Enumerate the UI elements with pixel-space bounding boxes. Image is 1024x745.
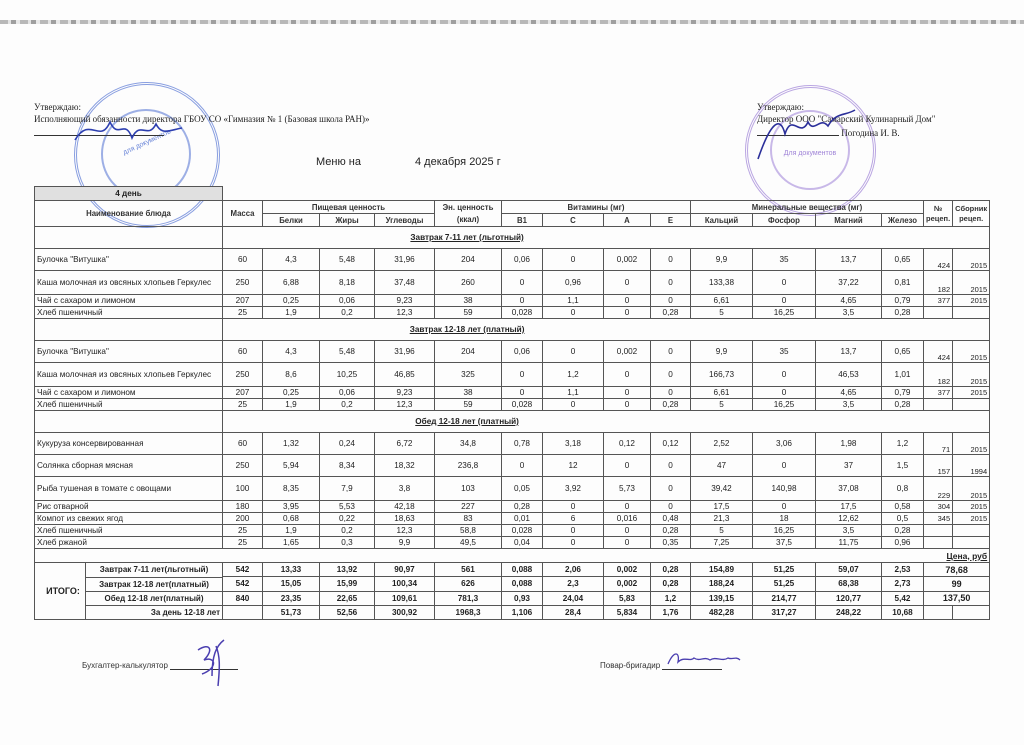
chef-label: Повар-бригадир (600, 661, 660, 670)
cell-carbs: 42,18 (375, 501, 435, 513)
menu-date: 4 декабря 2025 г (415, 156, 501, 168)
total-carbs: 109,61 (375, 591, 435, 605)
cell-protein: 8,6 (263, 363, 320, 387)
cell-protein: 1,65 (263, 537, 320, 549)
cell-recipe-book (953, 537, 990, 549)
cell-ca: 133,38 (691, 271, 753, 295)
total-b1: 0,088 (502, 577, 543, 591)
cell-recipe-book: 2015 (953, 249, 990, 271)
cell-kcal: 204 (435, 341, 502, 363)
table-row: Хлеб ржаной251,650,39,949,50,04000,357,2… (35, 537, 990, 549)
header-name: Наименование блюда (35, 201, 223, 227)
cell-protein: 1,9 (263, 525, 320, 537)
section-title: Завтрак 12-18 лет (платный) (223, 319, 990, 341)
cell-recipe-book (953, 525, 990, 537)
cell-recipe-no: 71 (924, 433, 953, 455)
cell-fat: 7,9 (320, 477, 375, 501)
dish-name: Кукуруза консервированная (35, 433, 223, 455)
header-magnesium: Магний (816, 214, 882, 227)
cell-protein: 4,3 (263, 249, 320, 271)
total-price: 137,50 (924, 591, 990, 605)
cell-carbs: 9,9 (375, 537, 435, 549)
cell-carbs: 31,96 (375, 341, 435, 363)
day-total-protein: 51,73 (263, 605, 320, 619)
cell-carbs: 3,8 (375, 477, 435, 501)
table-row: Хлеб пшеничный251,90,212,3590,028000,285… (35, 307, 990, 319)
cell-mg: 12,62 (816, 513, 882, 525)
cell-a: 0,002 (604, 341, 651, 363)
cell-recipe-no: 377 (924, 387, 953, 399)
cell-ca: 17,5 (691, 501, 753, 513)
header-c: C (543, 214, 604, 227)
day-total-e: 1,76 (651, 605, 691, 619)
cell-b1: 0,28 (502, 501, 543, 513)
total-carbs: 100,34 (375, 577, 435, 591)
cell-mass: 200 (223, 513, 263, 525)
dish-name: Булочка "Витушка" (35, 249, 223, 271)
cell-p: 16,25 (753, 399, 816, 411)
cell-fe: 0,28 (882, 307, 924, 319)
cell-c: 0 (543, 537, 604, 549)
header-spacer (223, 187, 990, 201)
cell-ca: 5 (691, 525, 753, 537)
table-row: Булочка "Витушка"604,35,4831,962040,0600… (35, 341, 990, 363)
total-ca: 154,89 (691, 563, 753, 577)
cell-kcal: 260 (435, 271, 502, 295)
total-price: 78,68 (924, 563, 990, 577)
total-mass: 542 (223, 563, 263, 577)
total-name-text: Обед 12-18 лет(платный) (86, 591, 223, 605)
cell-fe: 1,01 (882, 363, 924, 387)
dish-name: Чай с сахаром и лимоном (35, 295, 223, 307)
cell-mass: 60 (223, 341, 263, 363)
cell-e: 0 (651, 295, 691, 307)
cell-mass: 60 (223, 433, 263, 455)
cell-a: 0 (604, 525, 651, 537)
cell-e: 0,28 (651, 525, 691, 537)
total-fe: 2,53 (882, 563, 924, 577)
cell-b1: 0,06 (502, 341, 543, 363)
total-kcal: 626 (435, 577, 502, 591)
cell-b1: 0,01 (502, 513, 543, 525)
cell-a: 0 (604, 295, 651, 307)
day-total-empty (953, 605, 990, 619)
table-row: Чай с сахаром и лимоном2070,250,069,2338… (35, 387, 990, 399)
header-phosphorus: Фосфор (753, 214, 816, 227)
cell-kcal: 59 (435, 399, 502, 411)
cell-kcal: 325 (435, 363, 502, 387)
cell-recipe-book: 2015 (953, 363, 990, 387)
total-a: 0,002 (604, 563, 651, 577)
cell-carbs: 31,96 (375, 249, 435, 271)
cell-recipe-book: 2015 (953, 513, 990, 525)
total-price: 99 (924, 577, 990, 591)
cell-carbs: 6,72 (375, 433, 435, 455)
header-iron: Железо (882, 214, 924, 227)
scan-artifact-line (0, 20, 1024, 24)
cell-recipe-no: 182 (924, 363, 953, 387)
total-mg: 68,38 (816, 577, 882, 591)
cell-p: 0 (753, 501, 816, 513)
cell-e: 0 (651, 249, 691, 271)
cell-ca: 6,61 (691, 295, 753, 307)
cell-b1: 0,06 (502, 249, 543, 271)
cell-recipe-no (924, 307, 953, 319)
day-total-a: 5,834 (604, 605, 651, 619)
cell-mg: 37,22 (816, 271, 882, 295)
price-header: Цена, руб (924, 549, 990, 563)
day-total-ca: 482,28 (691, 605, 753, 619)
cell-mass: 250 (223, 455, 263, 477)
total-protein: 23,35 (263, 591, 320, 605)
cell-fe: 0,28 (882, 399, 924, 411)
cell-recipe-book: 2015 (953, 271, 990, 295)
header-a: A (604, 214, 651, 227)
chef-signature: Повар-бригадир (600, 661, 722, 670)
cell-b1: 0 (502, 387, 543, 399)
cell-mg: 1,98 (816, 433, 882, 455)
section-row: Завтрак 7-11 лет (льготный) (35, 227, 990, 249)
cell-mg: 11,75 (816, 537, 882, 549)
total-c: 2,3 (543, 577, 604, 591)
cell-fe: 0,79 (882, 295, 924, 307)
header-vitamins: Витамины (мг) (502, 201, 691, 214)
cell-mass: 180 (223, 501, 263, 513)
cell-fat: 0,2 (320, 307, 375, 319)
cell-kcal: 38 (435, 387, 502, 399)
header-b1: B1 (502, 214, 543, 227)
cell-p: 0 (753, 455, 816, 477)
cell-c: 0,96 (543, 271, 604, 295)
dish-name: Булочка "Витушка" (35, 341, 223, 363)
cell-recipe-no: 182 (924, 271, 953, 295)
cell-a: 0 (604, 307, 651, 319)
cell-fe: 0,58 (882, 501, 924, 513)
cell-kcal: 227 (435, 501, 502, 513)
accountant-signature: Бухгалтер-калькулятор (82, 661, 238, 670)
cell-p: 18 (753, 513, 816, 525)
table-row: Рыба тушеная в томате с овощами1008,357,… (35, 477, 990, 501)
cell-a: 0,016 (604, 513, 651, 525)
section-row: Обед 12-18 лет (платный) (35, 411, 990, 433)
cell-recipe-no: 345 (924, 513, 953, 525)
cell-e: 0,48 (651, 513, 691, 525)
header-recipe-no: № рецеп. (924, 201, 953, 227)
cell-mass: 250 (223, 271, 263, 295)
cell-kcal: 83 (435, 513, 502, 525)
dish-name: Каша молочная из овсяных хлопьев Геркуле… (35, 363, 223, 387)
section-title: Обед 12-18 лет (платный) (223, 411, 990, 433)
cell-p: 140,98 (753, 477, 816, 501)
approval-right-title: Утверждаю: (757, 101, 935, 113)
cell-fe: 0,5 (882, 513, 924, 525)
cell-mg: 37,08 (816, 477, 882, 501)
total-mass: 542 (223, 577, 263, 591)
cell-kcal: 59 (435, 307, 502, 319)
cell-mass: 25 (223, 307, 263, 319)
cell-fe: 1,2 (882, 433, 924, 455)
cell-recipe-book: 1994 (953, 455, 990, 477)
cell-recipe-no: 377 (924, 295, 953, 307)
cell-b1: 0,78 (502, 433, 543, 455)
cell-recipe-no (924, 525, 953, 537)
cell-ca: 39,42 (691, 477, 753, 501)
table-row: Булочка "Витушка"604,35,4831,962040,0600… (35, 249, 990, 271)
day-total-c: 28,4 (543, 605, 604, 619)
total-protein: 13,33 (263, 563, 320, 577)
cell-mass: 207 (223, 295, 263, 307)
cell-fe: 0,96 (882, 537, 924, 549)
total-carbs: 90,97 (375, 563, 435, 577)
dish-name: Солянка сборная мясная (35, 455, 223, 477)
approval-left-signature-line (34, 125, 164, 136)
day-total-carbs: 300,92 (375, 605, 435, 619)
cell-e: 0 (651, 341, 691, 363)
cell-mass: 25 (223, 537, 263, 549)
cell-mg: 17,5 (816, 501, 882, 513)
cell-kcal: 204 (435, 249, 502, 271)
cell-fat: 8,18 (320, 271, 375, 295)
cell-fe: 0,65 (882, 341, 924, 363)
cell-fe: 0,28 (882, 525, 924, 537)
cell-fat: 8,34 (320, 455, 375, 477)
approval-right-name: Погодина И. В. (841, 128, 899, 138)
cell-e: 0 (651, 501, 691, 513)
day-total-fe: 10,68 (882, 605, 924, 619)
cell-recipe-book (953, 307, 990, 319)
cell-p: 37,5 (753, 537, 816, 549)
company-stamp-text: Для документов (780, 150, 840, 157)
cell-mass: 100 (223, 477, 263, 501)
cell-a: 5,73 (604, 477, 651, 501)
cell-b1: 0 (502, 295, 543, 307)
cell-ca: 5 (691, 307, 753, 319)
cell-kcal: 49,5 (435, 537, 502, 549)
header-minerals: Минеральные вещества (мг) (691, 201, 924, 214)
cell-fat: 0,22 (320, 513, 375, 525)
cell-kcal: 58,8 (435, 525, 502, 537)
cell-carbs: 18,63 (375, 513, 435, 525)
total-kcal: 781,3 (435, 591, 502, 605)
cell-protein: 0,68 (263, 513, 320, 525)
cell-fat: 5,53 (320, 501, 375, 513)
cell-kcal: 103 (435, 477, 502, 501)
cell-fat: 0,2 (320, 399, 375, 411)
cell-fe: 0,79 (882, 387, 924, 399)
table-row: Чай с сахаром и лимоном2070,250,069,2338… (35, 295, 990, 307)
total-p: 51,25 (753, 577, 816, 591)
cell-p: 0 (753, 363, 816, 387)
cell-p: 0 (753, 295, 816, 307)
accountant-signature-line (170, 661, 238, 670)
day-total-mg: 248,22 (816, 605, 882, 619)
header-fat: Жиры (320, 214, 375, 227)
cell-recipe-no (924, 399, 953, 411)
total-row: ИТОГО:Завтрак 7-11 лет(льготный)Завтрак … (35, 563, 990, 577)
total-fat: 15,99 (320, 577, 375, 591)
dish-name: Чай с сахаром и лимоном (35, 387, 223, 399)
cell-mass: 250 (223, 363, 263, 387)
cell-carbs: 37,48 (375, 271, 435, 295)
cell-mg: 4,65 (816, 295, 882, 307)
table-row: Хлеб пшеничный251,90,212,358,80,028000,2… (35, 525, 990, 537)
cell-e: 0,28 (651, 307, 691, 319)
table-row: Компот из свежих ягод2000,680,2218,63830… (35, 513, 990, 525)
dish-name: Хлеб ржаной (35, 537, 223, 549)
dish-name: Каша молочная из овсяных хлопьев Геркуле… (35, 271, 223, 295)
cell-carbs: 46,85 (375, 363, 435, 387)
cell-protein: 1,32 (263, 433, 320, 455)
day-total-name (223, 605, 263, 619)
total-e: 0,28 (651, 577, 691, 591)
total-e: 1,2 (651, 591, 691, 605)
day-total-fat: 52,56 (320, 605, 375, 619)
cell-recipe-book: 2015 (953, 341, 990, 363)
total-a: 0,002 (604, 577, 651, 591)
menu-table: 4 день Наименование блюда Масса Пищевая … (34, 186, 990, 620)
cell-carbs: 9,23 (375, 295, 435, 307)
cell-c: 3,18 (543, 433, 604, 455)
cell-recipe-book: 2015 (953, 433, 990, 455)
cell-a: 0 (604, 455, 651, 477)
cell-fe: 0,81 (882, 271, 924, 295)
cell-protein: 0,25 (263, 387, 320, 399)
cell-e: 0 (651, 363, 691, 387)
cell-fat: 5,48 (320, 249, 375, 271)
cell-mass: 207 (223, 387, 263, 399)
cell-p: 35 (753, 249, 816, 271)
total-c: 2,06 (543, 563, 604, 577)
header-e: E (651, 214, 691, 227)
cell-e: 0,12 (651, 433, 691, 455)
header-recipe-book: Сборник рецеп. (953, 201, 990, 227)
total-c: 24,04 (543, 591, 604, 605)
section-blank (35, 411, 223, 433)
dish-name: Хлеб пшеничный (35, 399, 223, 411)
cell-protein: 1,9 (263, 399, 320, 411)
cell-recipe-no: 424 (924, 341, 953, 363)
cell-c: 1,1 (543, 387, 604, 399)
cell-b1: 0 (502, 363, 543, 387)
cell-a: 0 (604, 387, 651, 399)
total-name-text: Завтрак 7-11 лет(льготный) (86, 563, 223, 577)
cell-carbs: 12,3 (375, 307, 435, 319)
cell-recipe-no: 304 (924, 501, 953, 513)
header-protein: Белки (263, 214, 320, 227)
cell-ca: 21,3 (691, 513, 753, 525)
cell-fat: 0,3 (320, 537, 375, 549)
cell-a: 0 (604, 537, 651, 549)
cell-c: 0 (543, 307, 604, 319)
price-header-spacer (35, 549, 924, 563)
cell-ca: 9,9 (691, 341, 753, 363)
cell-kcal: 34,8 (435, 433, 502, 455)
cell-protein: 0,25 (263, 295, 320, 307)
cell-c: 0 (543, 399, 604, 411)
accountant-label: Бухгалтер-калькулятор (82, 661, 168, 670)
price-header-row: Цена, руб (35, 549, 990, 563)
cell-carbs: 18,32 (375, 455, 435, 477)
cell-b1: 0,04 (502, 537, 543, 549)
cell-recipe-book: 2015 (953, 387, 990, 399)
section-blank (35, 319, 223, 341)
cell-c: 0 (543, 249, 604, 271)
section-blank (35, 227, 223, 249)
cell-kcal: 236,8 (435, 455, 502, 477)
day-total-p: 317,27 (753, 605, 816, 619)
itogo-label: ИТОГО:Завтрак 7-11 лет(льготный)Завтрак … (35, 563, 223, 620)
total-mass: 840 (223, 591, 263, 605)
cell-recipe-no: 424 (924, 249, 953, 271)
approval-left-title: Утверждаю: (34, 101, 369, 113)
total-ca: 139,15 (691, 591, 753, 605)
cell-p: 3,06 (753, 433, 816, 455)
table-row: Хлеб пшеничный251,90,212,3590,028000,285… (35, 399, 990, 411)
cell-protein: 6,88 (263, 271, 320, 295)
total-e: 0,28 (651, 563, 691, 577)
cell-fat: 0,06 (320, 387, 375, 399)
header-energy: Эн. ценность (ккал) (435, 201, 502, 227)
dish-name: Рис отварной (35, 501, 223, 513)
cell-protein: 5,94 (263, 455, 320, 477)
cell-carbs: 12,3 (375, 399, 435, 411)
cell-c: 0 (543, 341, 604, 363)
menu-label: Меню на (316, 156, 361, 168)
cell-e: 0 (651, 271, 691, 295)
cell-c: 1,1 (543, 295, 604, 307)
approval-left-position: Исполняющий обязанности директора ГБОУ С… (34, 113, 369, 125)
cell-a: 0,12 (604, 433, 651, 455)
cell-mg: 4,65 (816, 387, 882, 399)
cell-fe: 1,5 (882, 455, 924, 477)
total-fe: 2,73 (882, 577, 924, 591)
cell-mg: 13,7 (816, 249, 882, 271)
cell-mass: 25 (223, 399, 263, 411)
cell-ca: 7,25 (691, 537, 753, 549)
header-calcium: Кальций (691, 214, 753, 227)
totals-name-grid: ИТОГО:Завтрак 7-11 лет(льготный)Завтрак … (41, 563, 222, 619)
cell-carbs: 12,3 (375, 525, 435, 537)
header-carbs: Углеводы (375, 214, 435, 227)
cell-carbs: 9,23 (375, 387, 435, 399)
total-fat: 13,92 (320, 563, 375, 577)
total-a: 5,83 (604, 591, 651, 605)
total-b1: 0,088 (502, 563, 543, 577)
cell-kcal: 38 (435, 295, 502, 307)
day-label: 4 день (35, 187, 223, 201)
cell-e: 0,28 (651, 399, 691, 411)
cell-c: 3,92 (543, 477, 604, 501)
cell-c: 1,2 (543, 363, 604, 387)
cell-a: 0 (604, 399, 651, 411)
cell-recipe-no (924, 537, 953, 549)
cell-protein: 4,3 (263, 341, 320, 363)
cell-mg: 3,5 (816, 307, 882, 319)
cell-ca: 5 (691, 399, 753, 411)
cell-c: 0 (543, 525, 604, 537)
total-ca: 188,24 (691, 577, 753, 591)
cell-recipe-book: 2015 (953, 477, 990, 501)
approval-left: Утверждаю: Исполняющий обязанности дирек… (34, 101, 369, 139)
total-p: 214,77 (753, 591, 816, 605)
total-protein: 15,05 (263, 577, 320, 591)
cell-p: 0 (753, 387, 816, 399)
cell-b1: 0,05 (502, 477, 543, 501)
dish-name: Компот из свежих ягод (35, 513, 223, 525)
cell-a: 0 (604, 363, 651, 387)
cell-c: 0 (543, 501, 604, 513)
cell-a: 0,002 (604, 249, 651, 271)
